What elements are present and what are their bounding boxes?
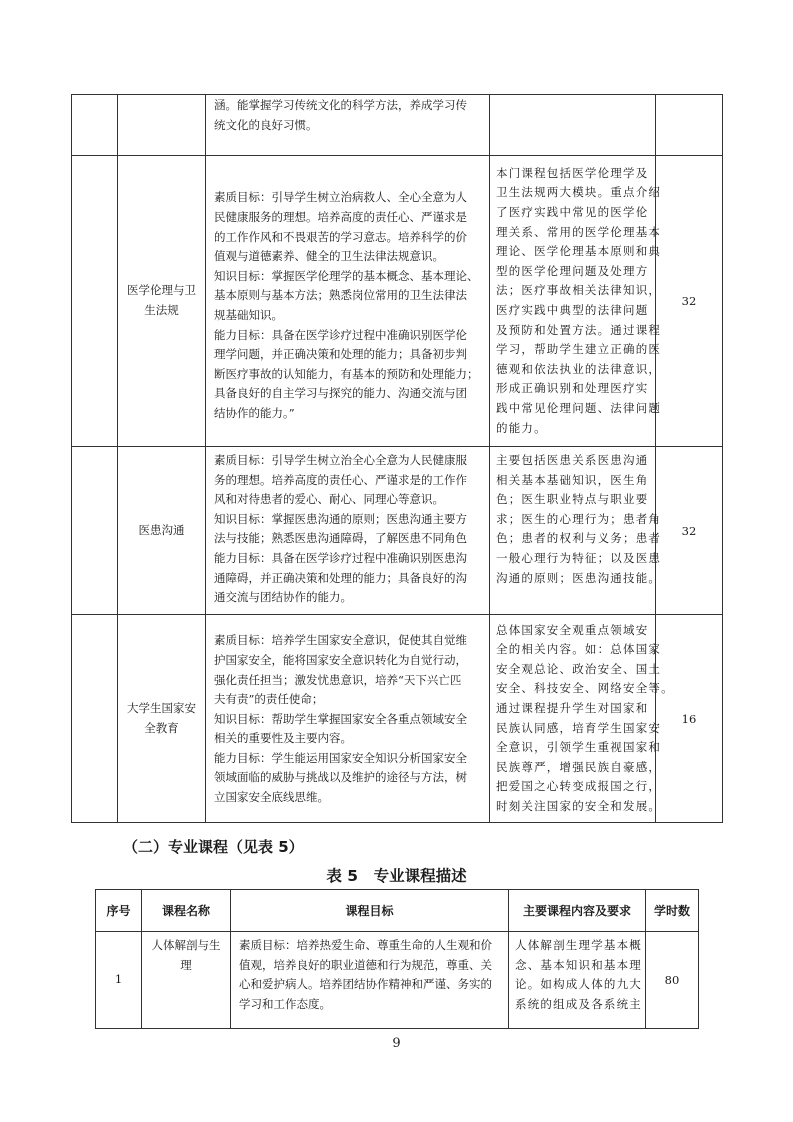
objective-line: 值观与道德素养、健全的卫生法律法规意识。 <box>214 247 483 267</box>
objective-line: 知识目标：掌握医学伦理学的基本概念、基本理论、 <box>214 267 483 287</box>
content-line: 一般心理行为特征；以及医患 <box>496 549 649 569</box>
content-line: 时刻关注国家的安全和发展。 <box>496 797 649 817</box>
objective-line: 值观，培养良好的职业道德和行为规范，尊重、关 <box>239 956 502 976</box>
objective-line: 学习和工作态度。 <box>239 995 502 1015</box>
content-line: 医疗实践中典型的法律问题 <box>496 301 649 321</box>
header-hours: 学时数 <box>646 890 699 932</box>
objective-line: 务的理想。培养高度的责任心、严谨求是的工作作 <box>214 471 483 491</box>
objective-line: 相关的重要性及主要内容。 <box>214 729 483 749</box>
table-row: 医患沟通 素质目标：引导学生树立治全心全意为人民健康服 务的理想。培养高度的责任… <box>72 447 723 615</box>
course-name-line: 大学生国家安 <box>124 699 199 719</box>
hours-cell: 32 <box>656 447 723 615</box>
content-line: 色；患者的权利与义务；患者 <box>496 529 649 549</box>
content-line: 安全观总论、政治安全、国土 <box>496 660 649 680</box>
objective-line: 规基础知识。 <box>214 306 483 326</box>
content-cell: 本门课程包括医学伦理学及 卫生法规两大模块。重点介绍 了医疗实践中常见的医学伦 … <box>490 156 656 447</box>
course-name-line: 全教育 <box>124 719 199 739</box>
objective-line: 素质目标：培养热爱生命、尊重生命的人生观和价 <box>239 936 502 956</box>
section-heading: （二）专业课程（见表 5） <box>123 836 304 857</box>
content-line: 理论、医学伦理基本原则和典 <box>496 242 649 262</box>
objective-line: 夫有责”的责任使命； <box>214 690 483 710</box>
content-line: 德观和依法执业的法律意识， <box>496 360 649 380</box>
header-objectives: 课程目标 <box>231 890 509 932</box>
objective-line: 涵。能掌握学习传统文化的科学方法，养成学习传 <box>214 96 483 116</box>
course-name-cell: 医学伦理与卫 生法规 <box>118 156 206 447</box>
content-line: 学习，帮助学生建立正确的医 <box>496 340 649 360</box>
content-line: 理关系、常用的医学伦理基本 <box>496 223 649 243</box>
objective-line: 领域面临的威胁与挑战以及维护的途径与方法，树 <box>214 768 483 788</box>
course-name-cell <box>118 95 206 156</box>
content-cell <box>490 95 656 156</box>
content-line: 本门课程包括医学伦理学及 <box>496 164 649 184</box>
table-row: 涵。能掌握学习传统文化的科学方法，养成学习传 统文化的良好习惯。 <box>72 95 723 156</box>
objectives-cell: 素质目标：培养热爱生命、尊重生命的人生观和价 值观，培养良好的职业道德和行为规范… <box>231 932 509 1029</box>
objective-line: 知识目标：掌握医患沟通的原则；医患沟通主要方 <box>214 510 483 530</box>
objectives-cell: 素质目标：培养学生国家安全意识，促使其自觉维 护国家安全，能将国家安全意识转化为… <box>206 615 490 823</box>
header-content: 主要课程内容及要求 <box>509 890 646 932</box>
objective-line: 民健康服务的理想。培养高度的责任心、严谨求是 <box>214 208 483 228</box>
objective-line: 能力目标：具备在医学诊疗过程中准确识别医患沟 <box>214 549 483 569</box>
content-line: 形成正确识别和处理医疗实 <box>496 379 649 399</box>
objectives-cell: 素质目标：引导学生树立治全心全意为人民健康服 务的理想。培养高度的责任心、严谨求… <box>206 447 490 615</box>
objective-line: 断医疗事故的认知能力，有基本的预防和处理能力； <box>214 365 483 385</box>
content-line: 践中常见伦理问题、法律问题 <box>496 399 649 419</box>
table-row: 1 人体解剖与生 理 素质目标：培养热爱生命、尊重生命的人生观和价 值观，培养良… <box>96 932 699 1029</box>
table-row: 医学伦理与卫 生法规 素质目标：引导学生树立治病救人、全心全意为人 民健康服务的… <box>72 156 723 447</box>
content-line: 全的相关内容。如：总体国家 <box>496 640 649 660</box>
professional-courses-table: 序号 课程名称 课程目标 主要课程内容及要求 学时数 1 人体解剖与生 理 素质… <box>95 889 699 1029</box>
hours-cell <box>656 95 723 156</box>
table-header-row: 序号 课程名称 课程目标 主要课程内容及要求 学时数 <box>96 890 699 932</box>
table-caption: 表 5 专业课程描述 <box>0 864 793 886</box>
hours-cell: 80 <box>646 932 699 1029</box>
objective-line: 知识目标：帮助学生掌握国家安全各重点领域安全 <box>214 710 483 730</box>
content-line: 安全、科技安全、网络安全等。 <box>496 679 649 699</box>
course-name-cell: 人体解剖与生 理 <box>142 932 231 1029</box>
objective-line: 法与技能；熟悉医患沟通障碍，了解医患不同角色 <box>214 529 483 549</box>
content-line: 求；医生的心理行为；患者角 <box>496 510 649 530</box>
objective-line: 通障碍，并正确决策和处理的能力；具备良好的沟 <box>214 569 483 589</box>
objective-line: 结协作的能力。” <box>214 404 483 424</box>
content-line: 法；医疗事故相关法律知识， <box>496 281 649 301</box>
objective-line: 能力目标：学生能运用国家安全知识分析国家安全 <box>214 749 483 769</box>
public-courses-table-continued: 涵。能掌握学习传统文化的科学方法，养成学习传 统文化的良好习惯。 医学伦理与卫 … <box>71 94 723 823</box>
page-number: 9 <box>0 1036 793 1051</box>
content-line: 总体国家安全观重点领域安 <box>496 621 649 641</box>
content-line: 通过课程提升学生对国家和 <box>496 699 649 719</box>
course-name-cell: 医患沟通 <box>118 447 206 615</box>
objective-line: 统文化的良好习惯。 <box>214 116 483 136</box>
objective-line: 素质目标：引导学生树立治全心全意为人民健康服 <box>214 451 483 471</box>
content-line: 把爱国之心转变成报国之行， <box>496 777 649 797</box>
objective-line: 通交流与团结协作的能力。 <box>214 588 483 608</box>
objective-line: 风和对待患者的爱心、耐心、同理心等意识。 <box>214 490 483 510</box>
content-line: 卫生法规两大模块。重点介绍 <box>496 183 649 203</box>
content-line: 民族尊严，增强民族自豪感， <box>496 758 649 778</box>
content-cell: 人体解剖生理学基本概 念、基本知识和基本理 论。如构成人体的九大 系统的组成及各… <box>509 932 646 1029</box>
objective-line: 能力目标：具备在医学诊疗过程中准确识别医学伦 <box>214 326 483 346</box>
content-line: 及预防和处置方法。通过课程 <box>496 321 649 341</box>
content-line: 民族认同感，培育学生国家安 <box>496 719 649 739</box>
course-name-line: 生法规 <box>124 301 199 321</box>
objective-line: 心和爱护病人。培养团结协作精神和严谨、务实的 <box>239 975 502 995</box>
course-name-line: 医患沟通 <box>124 521 199 541</box>
objective-line: 具备良好的自主学习与探究的能力、沟通交流与团 <box>214 384 483 404</box>
hours-cell: 16 <box>656 615 723 823</box>
content-cell: 总体国家安全观重点领域安 全的相关内容。如：总体国家 安全观总论、政治安全、国土… <box>490 615 656 823</box>
content-line: 念、基本知识和基本理 <box>515 956 639 976</box>
header-index: 序号 <box>96 890 142 932</box>
hours-cell: 32 <box>656 156 723 447</box>
objective-line: 理学问题，并正确决策和处理的能力；具备初步判 <box>214 345 483 365</box>
objective-line: 强化责任担当；激发忧患意识，培养“天下兴亡匹 <box>214 671 483 691</box>
index-cell <box>72 447 118 615</box>
content-line: 色；医生职业特点与职业要 <box>496 490 649 510</box>
index-cell <box>72 95 118 156</box>
objectives-cell: 素质目标：引导学生树立治病救人、全心全意为人 民健康服务的理想。培养高度的责任心… <box>206 156 490 447</box>
objective-line: 立国家安全底线思维。 <box>214 788 483 808</box>
course-name-line: 理 <box>148 956 224 976</box>
objective-line: 护国家安全，能将国家安全意识转化为自觉行动， <box>214 651 483 671</box>
objective-line: 基本原则与基本方法；熟悉岗位常用的卫生法律法 <box>214 286 483 306</box>
objectives-cell: 涵。能掌握学习传统文化的科学方法，养成学习传 统文化的良好习惯。 <box>206 95 490 156</box>
table-row: 大学生国家安 全教育 素质目标：培养学生国家安全意识，促使其自觉维 护国家安全，… <box>72 615 723 823</box>
objective-line: 的工作作风和不畏艰苦的学习意志。培养科学的价 <box>214 228 483 248</box>
content-line: 相关基本基础知识，医生角 <box>496 471 649 491</box>
index-cell: 1 <box>96 932 142 1029</box>
index-cell <box>72 156 118 447</box>
content-line: 了医疗实践中常见的医学伦 <box>496 203 649 223</box>
content-line: 沟通的原则；医患沟通技能。 <box>496 569 649 589</box>
content-line: 全意识，引领学生重视国家和 <box>496 738 649 758</box>
content-line: 论。如构成人体的九大 <box>515 975 639 995</box>
objective-line: 素质目标：引导学生树立治病救人、全心全意为人 <box>214 188 483 208</box>
content-cell: 主要包括医患关系医患沟通 相关基本基础知识，医生角 色；医生职业特点与职业要 求… <box>490 447 656 615</box>
course-name-line: 医学伦理与卫 <box>124 281 199 301</box>
content-line: 人体解剖生理学基本概 <box>515 936 639 956</box>
content-line: 的能力。 <box>496 419 649 439</box>
content-line: 主要包括医患关系医患沟通 <box>496 451 649 471</box>
content-line: 型的医学伦理问题及处理方 <box>496 262 649 282</box>
header-course-name: 课程名称 <box>142 890 231 932</box>
course-name-cell: 大学生国家安 全教育 <box>118 615 206 823</box>
course-name-line: 人体解剖与生 <box>148 936 224 956</box>
content-line: 系统的组成及各系统主 <box>515 995 639 1015</box>
objective-line: 素质目标：培养学生国家安全意识，促使其自觉维 <box>214 631 483 651</box>
index-cell <box>72 615 118 823</box>
